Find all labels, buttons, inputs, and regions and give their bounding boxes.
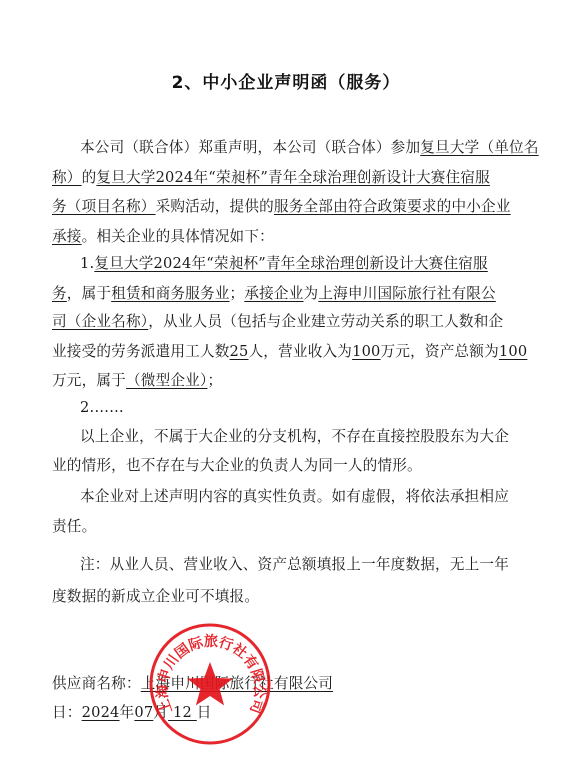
note-line-2: 度数据的新成立企业可不填报。	[52, 587, 259, 607]
supplier-label: 供应商名称：	[52, 675, 141, 692]
paragraph-4-line-2: 责任。	[52, 517, 96, 537]
text: 万元，属于	[52, 372, 126, 389]
revenue: 100	[352, 343, 380, 360]
paragraph-3-line-2: 业的情形，也不存在与大企业的负责人为同一人的情形。	[52, 456, 422, 476]
page-title: 2、中小企业声明函（服务）	[0, 68, 572, 93]
enterprise-type: （微型企业）	[126, 372, 207, 389]
note-line-1: 注：从业人员、营业收入、资产总额填报上一年度数据，无上一年	[80, 555, 509, 575]
paragraph-1-line-1: 本公司（联合体）郑重声明，本公司（联合体）参加复旦大学（单位名	[80, 138, 539, 158]
employee-count: 25	[230, 343, 249, 360]
year-unit: 年	[120, 704, 135, 721]
day-unit: 日	[197, 704, 212, 721]
paragraph-4-line-1: 本企业对上述声明内容的真实性负责。如有虚假，将依法承担相应	[80, 487, 509, 507]
text: 人，营业收入为	[249, 343, 353, 360]
supplier-name: 上海申川国际旅行社有限公司	[141, 675, 333, 692]
industry: 租赁和商务服务业	[111, 285, 229, 302]
text: ；	[207, 372, 222, 389]
unit-name: 复旦大学（单位名	[420, 139, 538, 156]
text: 业接受的劳务派遣用工人数	[52, 343, 230, 360]
item-number: 1.	[80, 255, 94, 272]
date-day: 12	[168, 704, 197, 721]
item-1-line-5: 万元，属于（微型企业）；	[52, 371, 222, 391]
text: 本公司（联合体）郑重声明，本公司（联合体）参加	[80, 139, 420, 156]
role: 承接企业	[244, 285, 303, 302]
project-name: 复旦大学2024年“荣昶杯”青年全球治理创新设计大赛住宿服	[94, 255, 488, 272]
date-label: 日：	[52, 704, 82, 721]
date-year: 2024	[82, 704, 120, 721]
project-name-cont: 务（项目名称）	[52, 198, 156, 215]
paragraph-3-line-1: 以上企业，不属于大企业的分支机构，不存在直接控股股东为大企	[80, 427, 509, 447]
paragraph-1-line-2: 称）的复旦大学2024年“荣昶杯”青年全球治理创新设计大赛住宿服	[52, 168, 490, 188]
document-page: 2、中小企业声明函（服务） 本公司（联合体）郑重声明，本公司（联合体）参加复旦大…	[0, 0, 572, 770]
supplier-line: 供应商名称：上海申川国际旅行社有限公司	[52, 674, 333, 694]
unit-name-cont: 称）	[52, 169, 82, 186]
text: 的	[82, 169, 97, 186]
text: 采购活动，提供的	[156, 198, 274, 215]
item-1-line-1: 1.复旦大学2024年“荣昶杯”青年全球治理创新设计大赛住宿服	[80, 254, 488, 274]
paragraph-1-line-3: 务（项目名称）采购活动，提供的服务全部由符合政策要求的中小企业	[52, 197, 511, 217]
item-1-line-4: 业接受的劳务派遣用工人数25人，营业收入为100万元，资产总额为100	[52, 342, 527, 362]
date-month: 07	[134, 704, 153, 721]
text: 万元，资产总额为	[381, 343, 499, 360]
month-unit: 月	[153, 704, 168, 721]
paragraph-1-line-4: 承接。相关企业的具体情况如下：	[52, 227, 274, 247]
project-name-cont: 务	[52, 285, 67, 302]
project-name: 复旦大学2024年“荣昶杯”青年全球治理创新设计大赛住宿服	[96, 169, 490, 186]
total-assets: 100	[499, 343, 527, 360]
text: ，属于	[67, 285, 111, 302]
company-name-cont: 司（企业名称）	[52, 313, 148, 330]
service-statement-cont: 承接	[52, 228, 82, 245]
text: 。相关企业的具体情况如下：	[82, 228, 274, 245]
text: 为	[304, 285, 319, 302]
date-line: 日：2024年07月 12 日	[52, 703, 212, 723]
item-1-line-2: 务，属于租赁和商务服务业；承接企业为上海申川国际旅行社有限公	[52, 284, 496, 304]
item-1-line-3: 司（企业名称），从业人员（包括与企业建立劳动关系的职工人数和企	[52, 312, 503, 332]
service-statement: 服务全部由符合政策要求的中小企业	[274, 198, 511, 215]
text: ；	[230, 285, 245, 302]
company-name: 上海申川国际旅行社有限公	[318, 285, 496, 302]
item-2: 2.……	[80, 398, 124, 418]
text: ，从业人员（包括与企业建立劳动关系的职工人数和企	[148, 313, 503, 330]
